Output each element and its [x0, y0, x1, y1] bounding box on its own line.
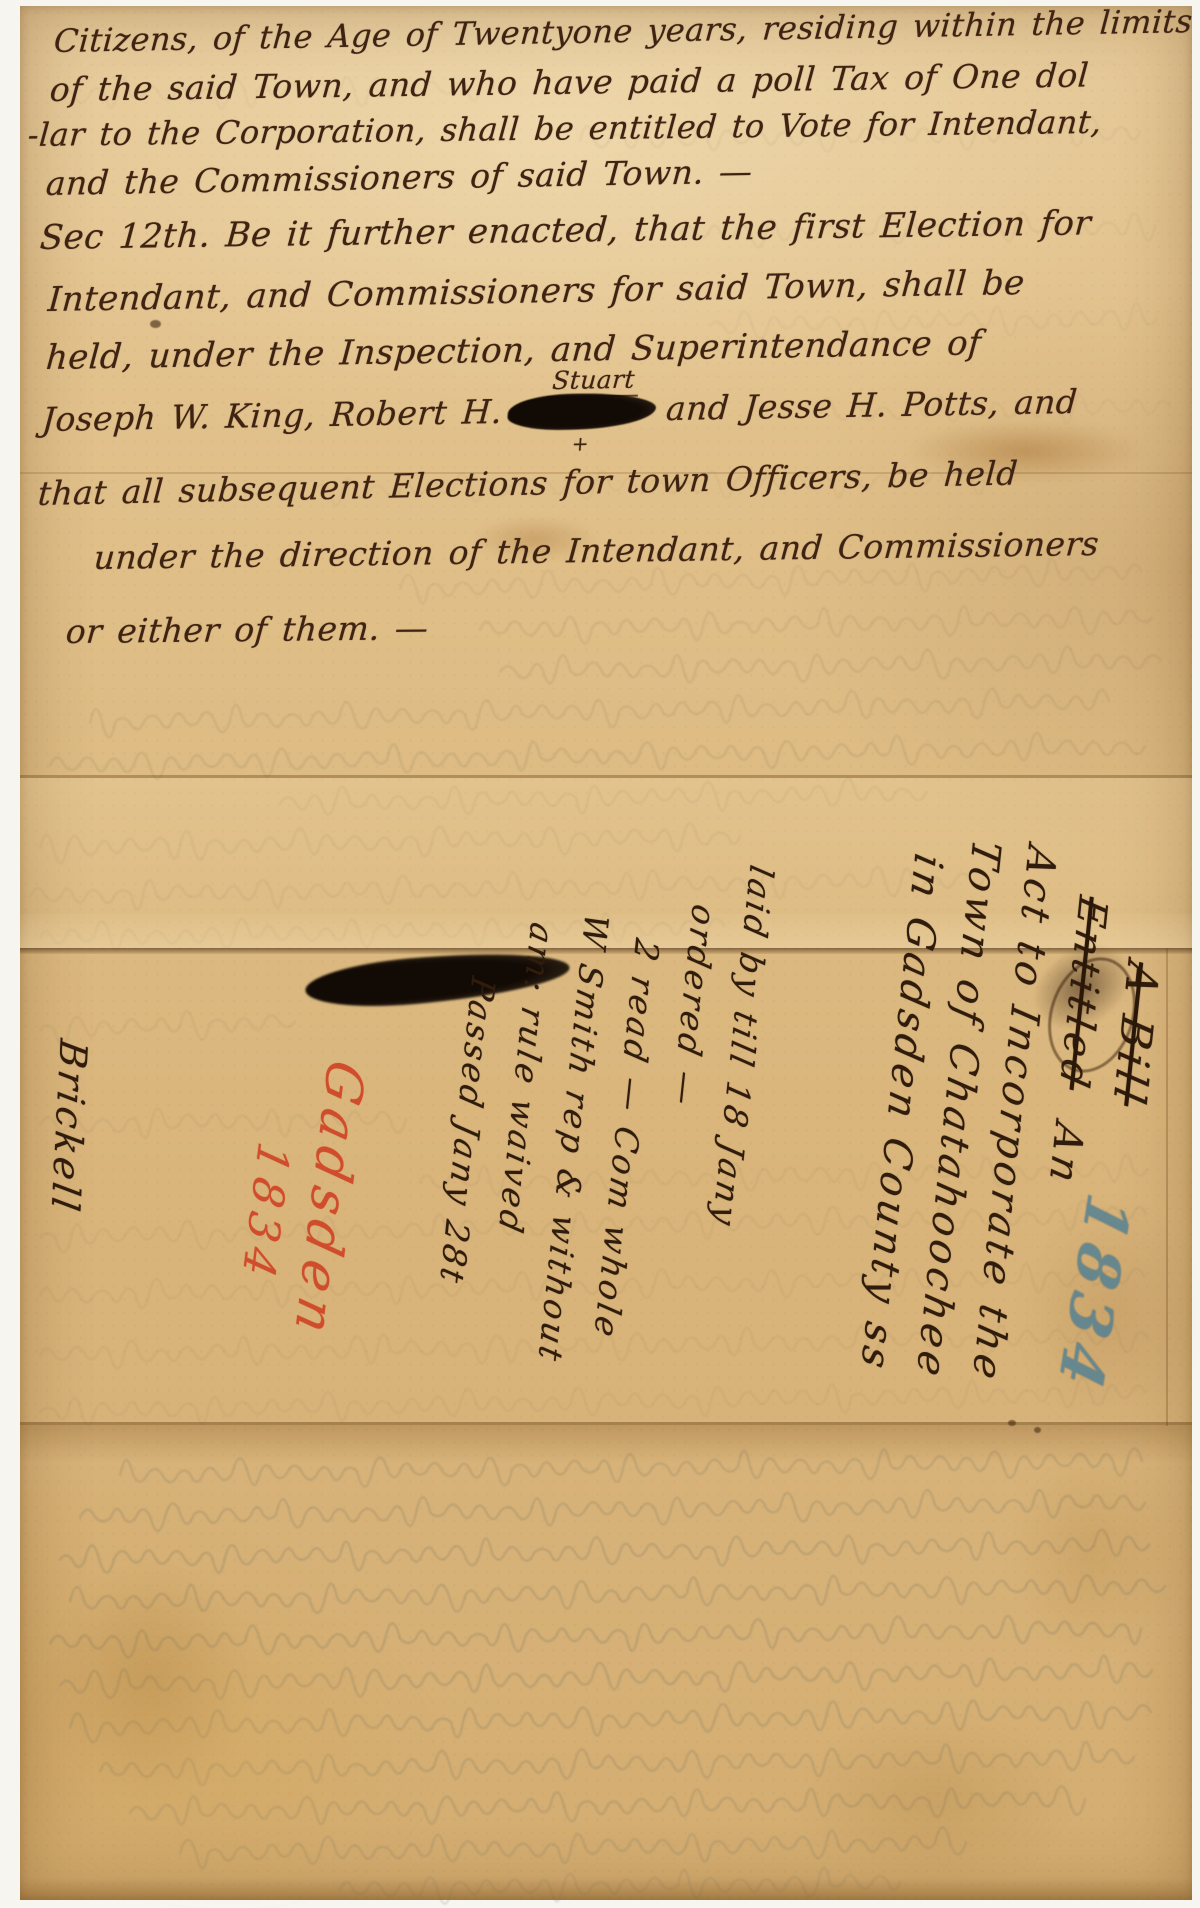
manuscript-line: Citizens, of the Age of Twentyone years,…	[53, 2, 1194, 60]
line8-before: Joseph W. King, Robert H.	[41, 392, 504, 439]
page-edge-shadow	[20, 1878, 1192, 1900]
manuscript-page: Citizens, of the Age of Twentyone years,…	[20, 6, 1192, 1900]
clerk-name-text: Brickell	[36, 1036, 99, 1294]
scanner-background: Citizens, of the Age of Twentyone years,…	[0, 0, 1200, 1908]
docket-actions-block: laid by till 18 Jany ordered — 2 read — …	[422, 836, 788, 1347]
docket-title-block: A Bill Entitled An Act to Incorporate th…	[843, 832, 1181, 1428]
manuscript-line: Joseph W. King, Robert H.Stuart+and Jess…	[41, 382, 1079, 439]
paper-stain	[800, 1716, 1070, 1886]
paper-stain	[20, 1596, 440, 1906]
paper-stain	[1010, 1446, 1180, 1656]
bleed-through-line	[39, 992, 290, 1047]
struck-text: A Bill	[1103, 957, 1168, 1112]
line8-after: and Jesse H. Potts, and	[665, 382, 1079, 428]
title-suffix: An	[1040, 1118, 1092, 1191]
manuscript-line: and the Commissioners of said Town. —	[45, 152, 754, 203]
manuscript-line: Sec 12th. Be it further enacted, that th…	[39, 203, 1093, 258]
redacted-name-blob	[507, 392, 657, 431]
manuscript-line: held, under the Inspection, and Superint…	[45, 323, 983, 378]
page-edge-shadow	[1166, 948, 1168, 1426]
fold-shadow-band	[20, 1425, 1192, 1463]
manuscript-line: or either of them. —	[64, 608, 429, 651]
redacted-name-wrap: Stuart+	[507, 394, 657, 431]
ink-speck	[150, 320, 161, 328]
clerk-name: Brickell	[35, 1039, 98, 1291]
insertion-caret: +	[571, 431, 590, 455]
